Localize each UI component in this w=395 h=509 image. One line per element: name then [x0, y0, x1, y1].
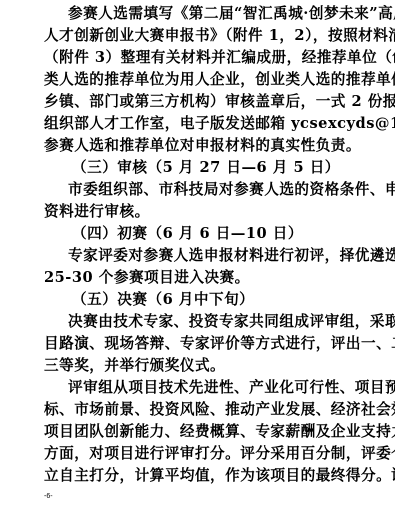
- paragraph-line: 目路演、现场答辩、专家评价等方式进行，评出一、二、: [44, 334, 352, 354]
- paragraph-line: 标、市场前景、投资风险、推动产业发展、经济社会效益、: [44, 400, 352, 420]
- paragraph-line: 25-30 个参赛项目进入决赛。: [44, 268, 352, 288]
- section-heading-preliminary: （四）初赛（6 月 6 日—10 日）: [72, 224, 380, 244]
- paragraph-line: 乡镇、部门或第三方机构）审核盖章后，一式 2 份报市委: [44, 92, 352, 112]
- paragraph-line: 组织部人才工作室，电子版发送邮箱 ycsexcyds@163.com。: [44, 114, 352, 134]
- document-page: 参赛人选需填写《第二届“智汇禹城·创梦未来”高层次 人才创新创业大赛申报书》（附…: [0, 0, 395, 509]
- paragraph-line: （附件 3）整理有关材料并汇编成册，经推荐单位（创新: [44, 48, 352, 68]
- paragraph-line: 市委组织部、市科技局对参赛人选的资格条件、申报: [68, 180, 376, 200]
- paragraph-line: 决赛由技术专家、投资专家共同组成评审组，采取项: [68, 312, 376, 332]
- paragraph-line: 立自主打分，计算平均值，作为该项目的最终得分。评审过: [44, 466, 352, 486]
- paragraph-line: 参赛人选需填写《第二届“智汇禹城·创梦未来”高层次: [68, 4, 376, 24]
- paragraph-line: 三等奖，并举行颁奖仪式。: [44, 356, 352, 376]
- page-number: -6-: [44, 493, 53, 500]
- paragraph-line: 方面，对项目进行评审打分。评分采用百分制，评委个人独: [44, 444, 352, 464]
- paragraph-line: 专家评委对参赛人选申报材料进行初评，择优遴选: [68, 246, 376, 266]
- paragraph-line: 参赛人选和推荐单位对申报材料的真实性负责。: [44, 136, 352, 156]
- section-heading-review: （三）审核（5 月 27 日—6 月 5 日）: [72, 158, 380, 178]
- paragraph-line: 人才创新创业大赛申报书》（附件 1，2），按照材料清单: [44, 26, 352, 46]
- paragraph-line: 类人选的推荐单位为用人企业，创业类人选的推荐单位为: [44, 70, 352, 90]
- paragraph-line: 评审组从项目技术先进性、产业化可行性、项目预期目: [68, 378, 376, 398]
- section-heading-final: （五）决赛（6 月中下旬）: [72, 290, 380, 310]
- paragraph-line: 项目团队创新能力、经费概算、专家薪酬及企业支持力度等: [44, 422, 352, 442]
- paragraph-line: 资料进行审核。: [44, 202, 352, 222]
